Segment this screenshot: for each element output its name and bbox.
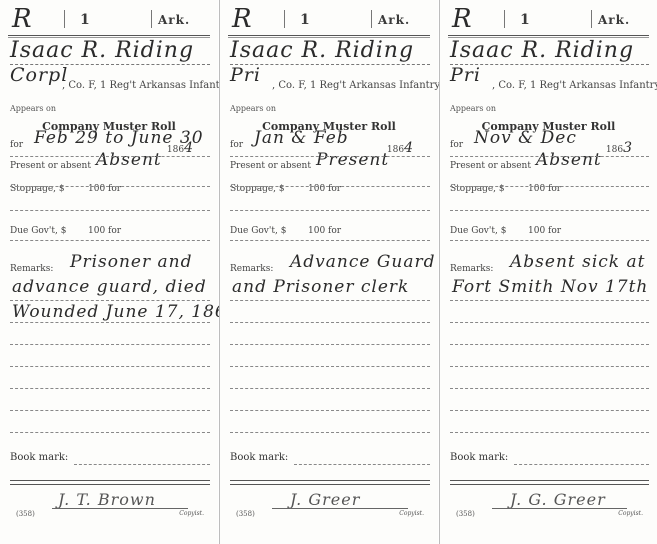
footer-rule (450, 480, 649, 485)
form-line (230, 240, 430, 241)
form-line (10, 388, 210, 389)
due-label: Due Gov't, $ (10, 226, 66, 236)
remarks-line: Fort Smith Nov 17th (452, 277, 648, 297)
form-line (10, 322, 210, 323)
form-number: (358) (456, 510, 475, 518)
form-line (450, 210, 649, 211)
remarks-line: and Prisoner clerk (232, 277, 409, 297)
book-mark-label: Book mark: (450, 452, 508, 463)
remarks-label: Remarks: (450, 264, 493, 274)
form-line (10, 210, 210, 211)
form-line (230, 322, 430, 323)
copyist-label: Copyist. (179, 510, 204, 517)
state: Ark. (158, 13, 190, 27)
remarks-line: Wounded June 17, 1864 (12, 302, 239, 322)
book-mark-row: Book mark: (230, 452, 430, 463)
form-number: (358) (236, 510, 255, 518)
copyist-label: Copyist. (399, 510, 424, 517)
present-value: Absent (96, 150, 162, 170)
divider (64, 10, 65, 28)
form-line (450, 366, 649, 367)
form-line (230, 156, 430, 157)
muster-card: R 1 Ark. Isaac R. Riding Pri , Co. F, 1 … (440, 0, 657, 544)
remarks-line: advance guard, died (12, 277, 207, 297)
form-line (450, 344, 649, 345)
form-line (10, 186, 210, 187)
soldier-name: Isaac R. Riding (230, 38, 414, 63)
remarks-label: Remarks: (230, 264, 273, 274)
form-line (230, 432, 430, 433)
form-line (450, 156, 649, 157)
regiment-number: 1 (520, 12, 530, 28)
unit: , Co. F, 1 Reg't Arkansas Infantry. (492, 80, 657, 91)
form-line (10, 240, 210, 241)
for-value: Nov & Dec (474, 128, 577, 148)
appears-on-label: Appears on (230, 104, 276, 113)
rank: Corpl (10, 64, 68, 86)
due-row: Due Gov't, $ 100 for (230, 226, 430, 236)
form-line (230, 410, 430, 411)
soldier-name: Isaac R. Riding (450, 38, 634, 63)
card-header: R 1 Ark. (8, 4, 210, 36)
present-label: Present or absent (230, 161, 311, 171)
muster-card: R 1 Ark. Isaac R. Riding Pri , Co. F, 1 … (220, 0, 438, 544)
form-line (10, 300, 210, 301)
state: Ark. (598, 13, 630, 27)
form-line (10, 156, 210, 157)
book-mark-line (514, 464, 649, 465)
due-cents: 100 for (308, 226, 341, 236)
for-value: Feb 29 to June 30 (34, 128, 204, 148)
form-line (230, 366, 430, 367)
index-letter: R (452, 4, 473, 34)
state: Ark. (378, 13, 410, 27)
divider (504, 10, 505, 28)
book-mark-line (74, 464, 210, 465)
year: 1864 (387, 140, 414, 156)
divider (151, 10, 152, 28)
form-line (10, 366, 210, 367)
present-label: Present or absent (450, 161, 531, 171)
muster-card: R 1 Ark. Isaac R. Riding Corpl , Co. F, … (0, 0, 218, 544)
book-mark-row: Book mark: (450, 452, 649, 463)
form-line (230, 300, 430, 301)
remarks-line: Prisoner and (70, 252, 192, 272)
copyist-signature: J. T. Brown (58, 490, 156, 509)
form-line (230, 186, 430, 187)
copyist-signature: J. Greer (290, 490, 360, 509)
for-label: for (230, 140, 243, 150)
form-line (450, 300, 649, 301)
form-line (230, 344, 430, 345)
due-label: Due Gov't, $ (230, 226, 286, 236)
form-line (450, 186, 649, 187)
index-letter: R (232, 4, 253, 34)
form-line (10, 344, 210, 345)
remarks-line: Advance Guard (290, 252, 436, 272)
book-mark-label: Book mark: (230, 452, 288, 463)
form-line (10, 432, 210, 433)
unit: , Co. F, 1 Reg't Arkansas Infantry. (62, 80, 232, 91)
form-line (230, 388, 430, 389)
due-row: Due Gov't, $ 100 for (450, 226, 649, 236)
form-line (450, 432, 649, 433)
due-label: Due Gov't, $ (450, 226, 506, 236)
for-value: Jan & Feb (254, 128, 349, 148)
form-line (450, 410, 649, 411)
card-header: R 1 Ark. (228, 4, 430, 36)
footer-rule (10, 480, 210, 485)
unit: , Co. F, 1 Reg't Arkansas Infantry. (272, 80, 442, 91)
divider (371, 10, 372, 28)
due-cents: 100 for (528, 226, 561, 236)
rank: Pri (230, 64, 261, 86)
book-mark-row: Book mark: (10, 452, 210, 463)
form-line (10, 410, 210, 411)
form-number: (358) (16, 510, 35, 518)
for-label: for (10, 140, 23, 150)
signature-line (272, 508, 408, 509)
present-label: Present or absent (10, 161, 91, 171)
signature-line (52, 508, 188, 509)
due-cents: 100 for (88, 226, 121, 236)
footer-rule (230, 480, 430, 485)
soldier-name: Isaac R. Riding (10, 38, 194, 63)
for-label: for (450, 140, 463, 150)
appears-on-label: Appears on (450, 104, 496, 113)
form-line (230, 210, 430, 211)
card-separator (439, 0, 440, 544)
form-line (450, 388, 649, 389)
form-line (450, 322, 649, 323)
copyist-signature: J. G. Greer (510, 490, 606, 509)
form-line (450, 240, 649, 241)
present-value: Present (316, 150, 389, 170)
remarks-line: Absent sick at (510, 252, 645, 272)
divider (284, 10, 285, 28)
due-row: Due Gov't, $ 100 for (10, 226, 210, 236)
appears-on-label: Appears on (10, 104, 56, 113)
card-header: R 1 Ark. (448, 4, 649, 36)
remarks-label: Remarks: (10, 264, 53, 274)
book-mark-line (294, 464, 430, 465)
divider (591, 10, 592, 28)
signature-line (492, 508, 627, 509)
book-mark-label: Book mark: (10, 452, 68, 463)
regiment-number: 1 (300, 12, 310, 28)
present-value: Absent (536, 150, 602, 170)
card-separator (219, 0, 220, 544)
year: 1863 (606, 140, 633, 156)
index-letter: R (12, 4, 33, 34)
rank: Pri (450, 64, 481, 86)
regiment-number: 1 (80, 12, 90, 28)
copyist-label: Copyist. (618, 510, 643, 517)
